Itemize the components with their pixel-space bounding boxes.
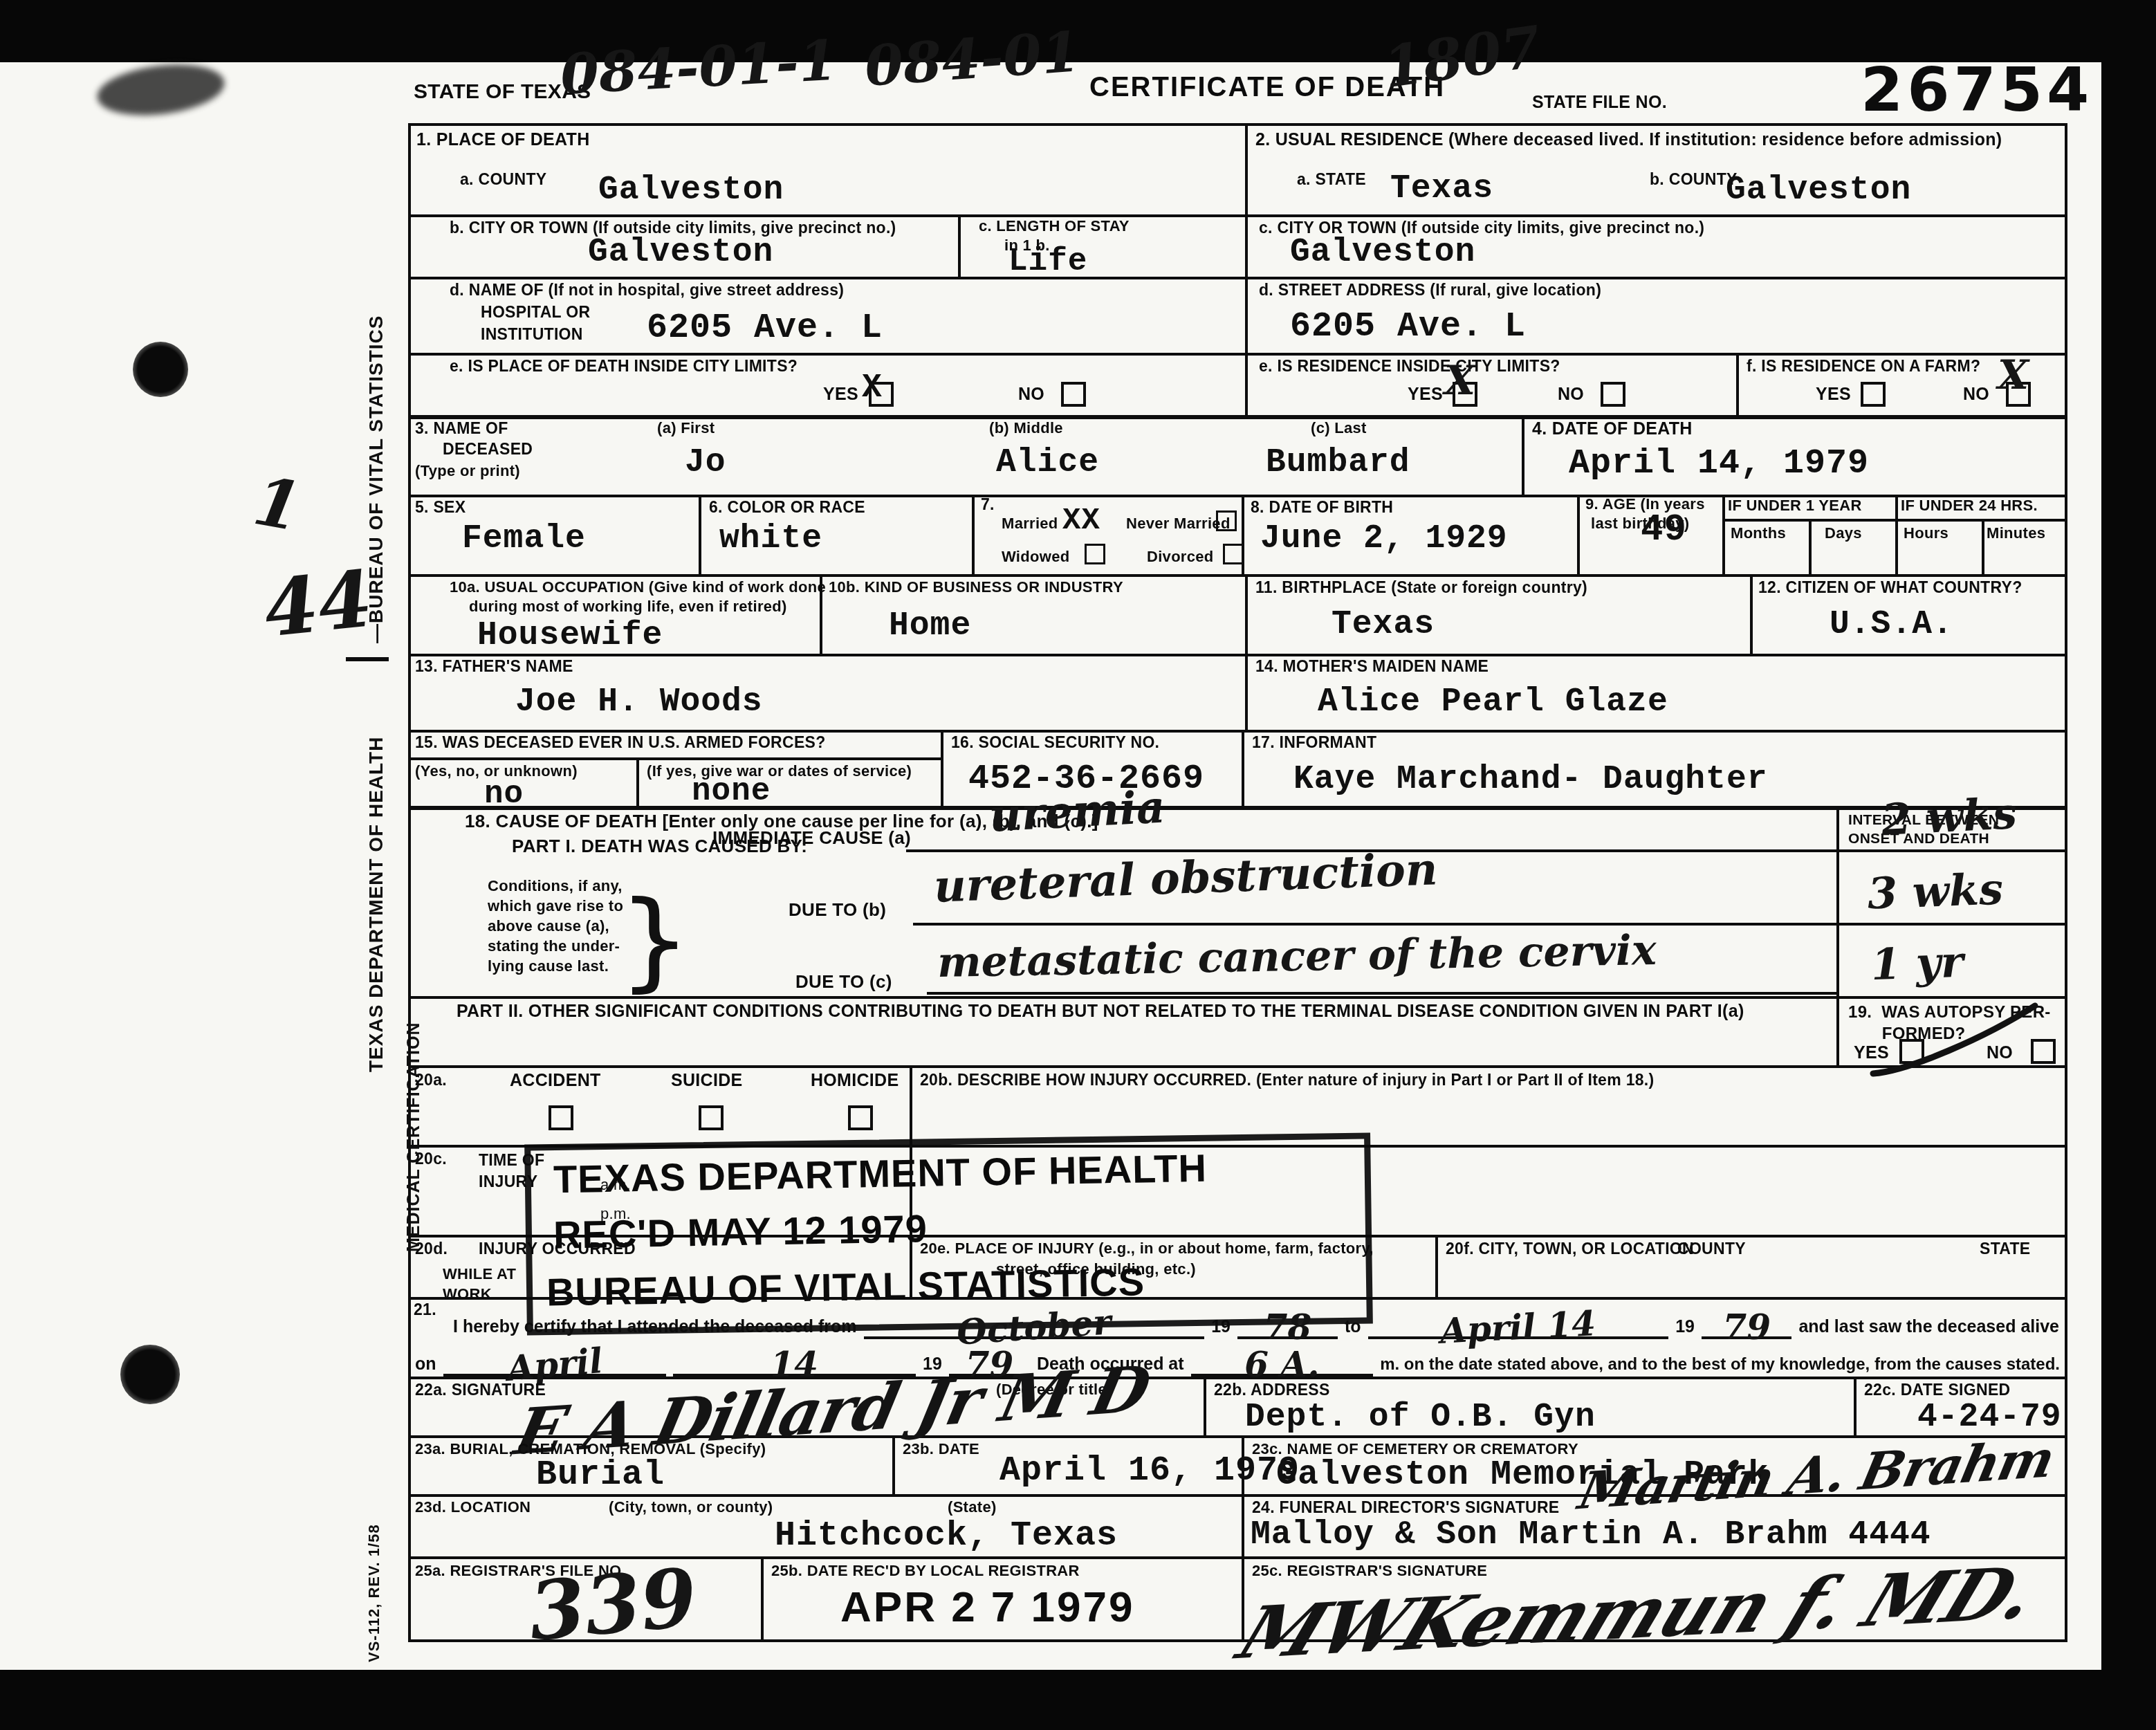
divider-line: [958, 214, 961, 277]
received-stamp-line2: REC'D MAY 12 1979: [553, 1206, 928, 1257]
father-name-label: 13. FATHER'S NAME: [415, 657, 573, 676]
never-married-checkbox: [1216, 510, 1237, 531]
street-address-label: d. STREET ADDRESS (If rural, give locati…: [1259, 281, 1601, 300]
injury-state-label: STATE: [1980, 1240, 2030, 1258]
date-received-stamp: APR 2 7 1979: [840, 1583, 1134, 1632]
residence-city-limits-yes-label: YES: [1408, 385, 1443, 405]
cause-a-line: [906, 849, 2065, 852]
date-of-death-value: April 14, 1979: [1569, 444, 1869, 484]
divider-line: [1242, 1556, 1244, 1639]
film-band-right: [2101, 0, 2156, 1730]
physician-address-value: Dept. of O.B. Gyn: [1245, 1399, 1596, 1436]
scan-smudge: [94, 58, 227, 122]
accident-label: ACCIDENT: [510, 1071, 601, 1091]
divider-line: [1809, 519, 1812, 574]
divider-line: [1245, 654, 1248, 730]
residence-city-limits-no-label: NO: [1558, 385, 1584, 405]
divider-line: [1577, 495, 1580, 574]
informant-label: 17. INFORMANT: [1252, 733, 1376, 752]
divider-line: [892, 1435, 895, 1494]
marital-section-label: 7.: [981, 495, 995, 514]
funeral-director-value: Malloy & Son Martin A. Brahm 4444: [1251, 1516, 1931, 1554]
last-seen-month-line: April: [443, 1350, 666, 1377]
divider-line: [1435, 1235, 1438, 1297]
time-of-injury-number: 20c.: [415, 1150, 447, 1168]
divider-line: [408, 353, 2067, 356]
residence-city-value: Galveston: [1290, 234, 1475, 271]
armed-forces-value-2: none: [692, 773, 771, 809]
divorced-checkbox: [1223, 544, 1244, 564]
punch-hole-bottom: [120, 1345, 180, 1404]
armed-forces-sublabel-2: (If yes, give war or dates of service): [647, 762, 912, 780]
hours-label: Hours: [1904, 524, 1948, 542]
occupation-label-2: during most of working life, even if ret…: [469, 598, 787, 616]
to-label: to: [1345, 1317, 1361, 1339]
last-name-label: (c) Last: [1311, 419, 1367, 437]
divider-line: [1204, 1377, 1206, 1435]
on-label: on: [415, 1354, 436, 1377]
divider-line: [636, 757, 639, 806]
certify-text-4: m. on the date stated above, and to the …: [1380, 1355, 2060, 1377]
conditions-brace: }: [618, 878, 692, 1003]
burial-date-label: 23b. DATE: [903, 1440, 979, 1458]
describe-injury-label: 20b. DESCRIBE HOW INJURY OCCURRED. (Ente…: [920, 1071, 1654, 1089]
middle-name-value: Alice: [996, 444, 1099, 481]
date-of-birth-value: June 2, 1929: [1260, 520, 1508, 558]
death-city-limits-yes-label: YES: [823, 385, 858, 405]
divider-line: [408, 574, 2067, 577]
attended-to-year: 79: [1722, 1315, 1771, 1339]
residence-city-limits-yes-mark: X: [1444, 357, 1475, 404]
business-label: 10b. KIND OF BUSINESS OR INDUSTRY: [829, 578, 1123, 596]
informant-value: Kaye Marchand- Daughter: [1293, 761, 1768, 798]
margin-dash: [346, 657, 389, 661]
divider-line: [1736, 353, 1739, 415]
middle-name-label: (b) Middle: [989, 419, 1063, 437]
ssn-label: 16. SOCIAL SECURITY NO.: [951, 733, 1159, 752]
occupation-label: 10a. USUAL OCCUPATION (Give kind of work…: [450, 578, 826, 596]
injury-city-label: 20f. CITY, TOWN, OR LOCATION: [1446, 1240, 1694, 1258]
accident-checkbox: [549, 1105, 573, 1130]
divider-line: [2065, 123, 2067, 1642]
father-name-value: Joe H. Woods: [515, 683, 763, 721]
deceased-label: DECEASED: [443, 440, 533, 459]
divider-line: [1982, 519, 1984, 574]
occupation-value: Housewife: [477, 617, 663, 654]
under-1-year-label: IF UNDER 1 YEAR: [1728, 497, 1862, 515]
cause-a-value: uremia: [988, 781, 1166, 842]
registrar-file-no-value: 339: [526, 1551, 701, 1659]
cause-b-line: [913, 923, 2065, 926]
length-of-stay-label: c. LENGTH OF STAY: [979, 217, 1130, 235]
autopsy-no-checkbox: [2031, 1039, 2056, 1064]
divider-line: [1750, 574, 1753, 654]
days-label: Days: [1825, 524, 1862, 542]
cause-c-line: [927, 992, 1836, 995]
sex-label: 5. SEX: [415, 498, 466, 517]
sex-value: Female: [462, 520, 586, 558]
medical-certification-vertical-label: MEDICAL CERTIFICATION: [404, 996, 424, 1252]
armed-forces-value-1: no: [484, 776, 524, 812]
race-label: 6. COLOR OR RACE: [709, 498, 865, 517]
last-name-value: Bumbard: [1266, 444, 1410, 481]
divider-line: [408, 806, 2067, 810]
name-of-deceased-label: 3. NAME OF: [415, 419, 508, 438]
suicide-label: SUICIDE: [671, 1071, 743, 1091]
mother-maiden-name-label: 14. MOTHER'S MAIDEN NAME: [1255, 657, 1489, 676]
death-city-limits-no-label: NO: [1018, 385, 1044, 405]
part2-label: PART II. OTHER SIGNIFICANT CONDITIONS CO…: [457, 1002, 1744, 1022]
hospital-value: 6205 Ave. L: [647, 309, 883, 348]
autopsy-no-label: NO: [1987, 1043, 2013, 1063]
divider-line: [1245, 123, 1248, 418]
divider-line: [1895, 495, 1898, 574]
hospital-label-3: INSTITUTION: [481, 325, 583, 344]
divider-line: [1836, 806, 1839, 1065]
cause-b-value: ureteral obstruction: [933, 843, 1439, 912]
registrar-signature-label: 25c. REGISTRAR'S SIGNATURE: [1252, 1562, 1487, 1580]
certify-section-number: 21.: [414, 1300, 436, 1319]
divider-line: [1854, 1377, 1856, 1435]
widowed-label: Widowed: [1002, 548, 1069, 566]
residence-state-label: a. STATE: [1297, 170, 1366, 189]
interval-b-value: 3 wks: [1867, 864, 2004, 919]
divider-line: [699, 495, 701, 574]
punch-hole-top: [133, 342, 188, 397]
burial-location-value: Hitchcock, Texas: [775, 1516, 1118, 1556]
state-file-number: 26754: [1861, 54, 2093, 125]
scanned-death-certificate: —BUREAU OF VITAL STATISTICS TEXAS DEPART…: [0, 0, 2156, 1730]
autopsy-yes-mark: [1868, 1002, 2040, 1078]
death-city-limits-no-checkbox: [1061, 382, 1086, 407]
married-label: Married: [1002, 515, 1058, 533]
divider-line: [1722, 519, 2065, 522]
divorced-label: Divorced: [1147, 548, 1214, 566]
business-value: Home: [889, 607, 971, 645]
attended-from-value: October: [956, 1309, 1112, 1345]
minutes-label: Minutes: [1987, 524, 2045, 542]
death-time-line: 6 A.: [1191, 1350, 1374, 1377]
date-signed-label: 22c. DATE SIGNED: [1864, 1381, 2010, 1399]
physician-address-label: 22b. ADDRESS: [1214, 1381, 1330, 1399]
residence-county-label: b. COUNTY: [1650, 170, 1738, 189]
last-seen-day: 14: [771, 1352, 819, 1377]
divider-line: [1522, 415, 1524, 495]
divider-line: [408, 1065, 2067, 1068]
due-to-b-label: DUE TO (b): [789, 899, 886, 921]
burial-value: Burial: [536, 1455, 665, 1495]
months-label: Months: [1731, 524, 1786, 542]
interval-a-value: 2 wks: [1880, 788, 2018, 845]
certify-text-1: I hereby certify that I attended the dec…: [453, 1317, 857, 1339]
divider-line: [408, 277, 2067, 279]
widowed-checkbox: [1085, 544, 1105, 564]
year-prefix-2: 19: [1675, 1317, 1695, 1339]
margin-handwritten-44: 44: [260, 553, 377, 655]
divider-line: [1245, 574, 1248, 654]
divider-line: [761, 1556, 764, 1639]
state-file-no-label: STATE FILE NO.: [1532, 93, 1667, 113]
attended-to-year-line: 79: [1702, 1312, 1791, 1339]
certify-line-1: I hereby certify that I attended the dec…: [453, 1303, 2059, 1339]
under-24-hrs-label: IF UNDER 24 HRS.: [1901, 497, 2038, 515]
residence-farm-no-label: NO: [1963, 385, 1989, 405]
suicide-checkbox: [699, 1105, 724, 1130]
county-value: Galveston: [598, 172, 784, 209]
divider-line: [408, 214, 2067, 217]
place-of-death-title: 1. PLACE OF DEATH: [416, 130, 590, 150]
cause-c-value: metastatic cancer of the cervix: [937, 926, 1657, 987]
accident-section-number: 20a.: [415, 1071, 447, 1089]
certify-line-2: on April 14 19 79 Death occurred at 6 A.…: [415, 1341, 2060, 1377]
residence-state-value: Texas: [1390, 170, 1493, 208]
margin-handwritten-1: 1: [248, 461, 307, 546]
death-time-value: 6 A.: [1244, 1352, 1319, 1377]
type-or-print-label: (Type or print): [415, 462, 520, 480]
residence-farm-yes-checkbox: [1861, 382, 1886, 407]
date-of-birth-label: 8. DATE OF BIRTH: [1251, 498, 1393, 517]
length-of-stay-value: Life: [1008, 243, 1087, 279]
armed-forces-label: 15. WAS DECEASED EVER IN U.S. ARMED FORC…: [415, 733, 826, 752]
citizen-label: 12. CITIZEN OF WHAT COUNTRY?: [1758, 578, 2023, 597]
burial-location-label: 23d. LOCATION: [415, 1498, 531, 1516]
divider-line: [1242, 730, 1244, 806]
birthplace-value: Texas: [1332, 606, 1435, 643]
homicide-checkbox: [848, 1105, 873, 1130]
form-code-vertical-label: VS-112, REV. 1/58: [365, 1472, 383, 1662]
attended-from-line: October: [864, 1312, 1205, 1339]
age-value: 49: [1641, 509, 1687, 551]
residence-city-limits-no-checkbox: [1601, 382, 1625, 407]
residence-county-value: Galveston: [1726, 172, 1911, 209]
county-label: a. COUNTY: [460, 170, 546, 189]
divider-line: [1722, 495, 1725, 574]
burial-location-state-sublabel: (State): [948, 1498, 997, 1516]
hospital-label: d. NAME OF (If not in hospital, give str…: [450, 281, 844, 300]
hospital-label-2: HOSPITAL OR: [481, 303, 590, 322]
attended-to-value: April 14: [1440, 1311, 1597, 1343]
divider-line: [941, 730, 943, 806]
residence-farm-no-mark: X: [1998, 351, 2029, 398]
burial-location-city-sublabel: (City, town, or county): [609, 1498, 773, 1516]
homicide-label: HOMICIDE: [811, 1071, 899, 1091]
certify-text-2: and last saw the deceased alive: [1798, 1317, 2059, 1339]
divider-line: [408, 123, 2067, 126]
last-seen-month: April: [506, 1348, 603, 1381]
mother-maiden-name-value: Alice Pearl Glaze: [1318, 683, 1668, 721]
citizen-value: U.S.A.: [1830, 606, 1953, 643]
residence-farm-yes-label: YES: [1816, 385, 1851, 405]
while-at-work-label: WHILE AT WORK: [443, 1264, 516, 1304]
married-mark: XX: [1062, 504, 1100, 538]
divider-line: [408, 730, 2067, 733]
first-name-value: Jo: [685, 444, 726, 481]
divider-line: [408, 123, 411, 1642]
street-address-value: 6205 Ave. L: [1290, 307, 1526, 347]
film-band-bottom: [0, 1670, 2156, 1730]
injury-county-label: COUNTY: [1677, 1240, 1746, 1258]
city-value: Galveston: [588, 234, 773, 271]
attended-to-line: April 14: [1368, 1312, 1669, 1339]
due-to-c-label: DUE TO (c): [795, 971, 892, 993]
divider-line: [408, 1377, 2067, 1379]
first-name-label: (a) First: [657, 419, 715, 437]
conditions-note: Conditions, if any, which gave rise to a…: [488, 876, 623, 976]
year-prefix-1: 19: [1211, 1317, 1231, 1339]
department-vertical-label: TEXAS DEPARTMENT OF HEALTH: [365, 747, 387, 1072]
usual-residence-title: 2. USUAL RESIDENCE (Where deceased lived…: [1255, 130, 2002, 150]
immediate-cause-label: IMMEDIATE CAUSE (a): [712, 827, 911, 849]
funeral-director-signature: Martin A. Brahm: [1574, 1430, 2059, 1522]
funeral-director-label: 24. FUNERAL DIRECTOR'S SIGNATURE: [1252, 1498, 1559, 1517]
race-value: white: [719, 520, 822, 558]
handwritten-code-1: 084-01-1: [559, 28, 839, 107]
injury-occurred-number: 20d.: [415, 1240, 448, 1258]
attended-from-year-line: 78: [1237, 1312, 1338, 1339]
divider-line: [972, 495, 975, 574]
date-of-death-label: 4. DATE OF DEATH: [1532, 419, 1693, 439]
divider-line: [408, 757, 941, 760]
interval-c-value: 1 yr: [1870, 937, 1964, 991]
residence-city-limits-label: e. IS RESIDENCE INSIDE CITY LIMITS?: [1259, 357, 1560, 376]
death-city-limits-label: e. IS PLACE OF DEATH INSIDE CITY LIMITS?: [450, 357, 798, 376]
death-city-limits-yes-mark: X: [862, 369, 883, 407]
attended-from-year: 78: [1264, 1315, 1312, 1339]
residence-farm-label: f. IS RESIDENCE ON A FARM?: [1747, 357, 1980, 376]
never-married-label: Never Married: [1126, 515, 1231, 533]
birthplace-label: 11. BIRTHPLACE (State or foreign country…: [1255, 578, 1587, 597]
date-received-label: 25b. DATE REC'D BY LOCAL REGISTRAR: [771, 1562, 1080, 1580]
